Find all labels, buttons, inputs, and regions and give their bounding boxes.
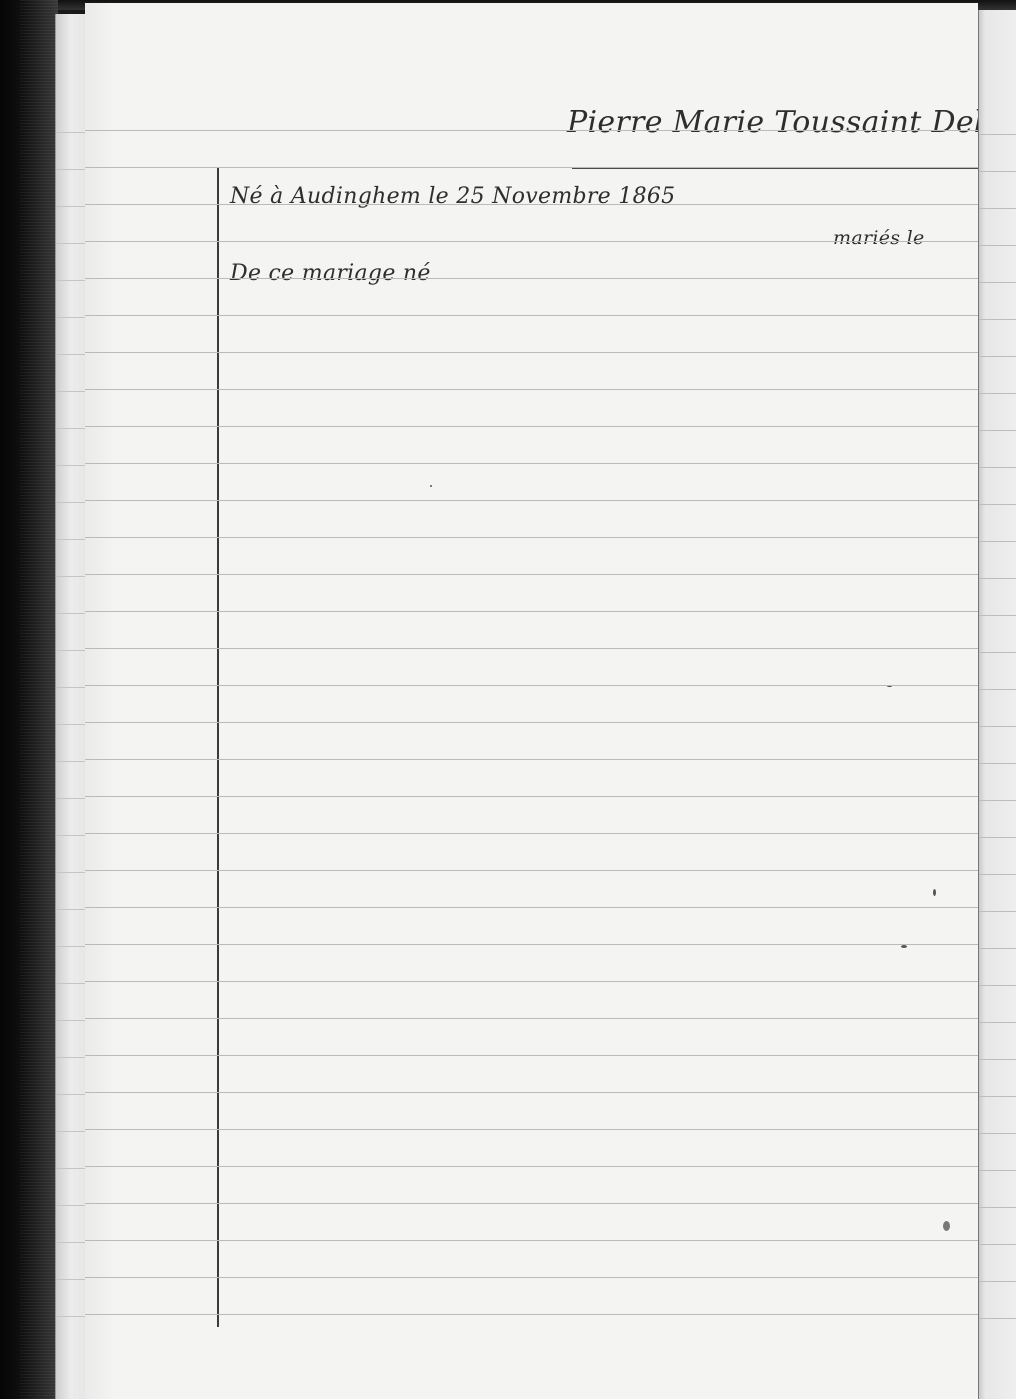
ruled-line — [85, 1277, 978, 1278]
ruled-line — [979, 652, 1016, 653]
ruled-line — [85, 722, 978, 723]
ruled-line — [56, 983, 86, 984]
ruled-line — [85, 167, 978, 168]
paper-speck — [933, 889, 936, 896]
ruled-line — [979, 1096, 1016, 1097]
ruled-line — [979, 1318, 1016, 1319]
ruled-line — [56, 909, 86, 910]
ruled-line — [56, 1168, 86, 1169]
ruled-line — [85, 907, 978, 908]
paper-stain — [943, 1221, 950, 1231]
ruled-line — [56, 428, 86, 429]
ruled-line — [56, 1057, 86, 1058]
ruled-line — [979, 615, 1016, 616]
ruled-line — [85, 130, 978, 131]
ruled-line — [56, 243, 86, 244]
ruled-line — [56, 1020, 86, 1021]
ruled-line — [56, 946, 86, 947]
ruled-line — [979, 504, 1016, 505]
ruled-line — [56, 761, 86, 762]
register-page: Pierre Marie Toussaint Delattre Né à Aud… — [85, 3, 978, 1399]
ruled-line — [85, 1240, 978, 1241]
ruled-line — [979, 319, 1016, 320]
ruled-line — [56, 502, 86, 503]
birth-entry: Né à Audinghem le 25 Novembre 1865 — [230, 184, 675, 209]
ruled-line — [85, 204, 978, 205]
ruled-line — [85, 611, 978, 612]
ruled-line — [56, 169, 86, 170]
ruled-line — [979, 1244, 1016, 1245]
ruled-line — [979, 541, 1016, 542]
ruled-line — [85, 981, 978, 982]
paper-speck — [901, 945, 907, 948]
ruled-line — [56, 539, 86, 540]
ruled-line — [979, 800, 1016, 801]
ruled-line — [56, 872, 86, 873]
ruled-line — [979, 356, 1016, 357]
ruled-line — [85, 1092, 978, 1093]
ruled-line — [979, 245, 1016, 246]
ruled-line — [56, 391, 86, 392]
ruled-line — [56, 613, 86, 614]
ruled-line — [56, 1242, 86, 1243]
ruled-line — [979, 689, 1016, 690]
ruled-line — [85, 500, 978, 501]
ruled-line — [56, 1131, 86, 1132]
ruled-line — [56, 1316, 86, 1317]
ruled-line — [979, 467, 1016, 468]
ruled-line — [85, 463, 978, 464]
ruled-line — [56, 576, 86, 577]
underlying-page-edge — [55, 14, 86, 1399]
ruled-line — [85, 352, 978, 353]
ruled-line — [56, 687, 86, 688]
ruled-line — [85, 537, 978, 538]
ruled-line — [56, 1279, 86, 1280]
ruled-line — [85, 1055, 978, 1056]
ruled-line — [979, 837, 1016, 838]
ruled-line — [979, 1059, 1016, 1060]
left-margin-line — [217, 167, 219, 1327]
ruled-line — [85, 426, 978, 427]
ruled-line — [979, 282, 1016, 283]
ruled-line — [85, 870, 978, 871]
ruled-line — [85, 1018, 978, 1019]
ruled-line — [979, 578, 1016, 579]
ruled-line — [979, 948, 1016, 949]
ruled-line — [979, 726, 1016, 727]
ruled-line — [85, 241, 978, 242]
ruled-line — [85, 944, 978, 945]
ruled-line — [979, 911, 1016, 912]
ruled-line — [56, 724, 86, 725]
ruled-line — [56, 1094, 86, 1095]
ruled-line — [979, 430, 1016, 431]
issue-entry: De ce mariage né — [230, 261, 431, 286]
ruled-line — [56, 132, 86, 133]
ruled-line — [85, 1166, 978, 1167]
ruled-line — [56, 465, 86, 466]
ruled-line — [85, 389, 978, 390]
facing-page-edge — [978, 10, 1016, 1399]
ruled-line — [85, 574, 978, 575]
ruled-line — [979, 763, 1016, 764]
ruled-line — [85, 685, 978, 686]
ruled-line — [85, 278, 978, 279]
ruled-line — [85, 796, 978, 797]
ruled-line — [85, 1203, 978, 1204]
ruled-line — [979, 208, 1016, 209]
ruled-line — [979, 985, 1016, 986]
person-name-heading: Pierre Marie Toussaint Delattre — [567, 105, 1016, 140]
ruled-line — [56, 835, 86, 836]
ruled-line — [85, 833, 978, 834]
ruled-line — [56, 354, 86, 355]
ruled-line — [979, 1133, 1016, 1134]
ruled-line — [979, 171, 1016, 172]
paper-speck — [430, 485, 432, 487]
ruled-line — [56, 650, 86, 651]
marriage-entry: mariés le — [833, 227, 925, 249]
ruled-line — [85, 1314, 978, 1315]
ruled-line — [979, 1281, 1016, 1282]
ruled-line — [85, 315, 978, 316]
ruled-line — [85, 1129, 978, 1130]
ruled-line — [85, 648, 978, 649]
ruled-line — [85, 759, 978, 760]
ruled-line — [979, 1207, 1016, 1208]
ruled-line — [979, 134, 1016, 135]
ruled-line — [56, 206, 86, 207]
ruled-line — [56, 798, 86, 799]
spine-cloth-texture — [20, 0, 58, 1399]
ruled-line — [979, 393, 1016, 394]
ruled-line — [979, 874, 1016, 875]
ruled-line — [56, 280, 86, 281]
ruled-line — [979, 1022, 1016, 1023]
ruled-line — [56, 1205, 86, 1206]
ruled-line — [979, 1170, 1016, 1171]
book-spine — [0, 0, 58, 1399]
ruled-line — [56, 317, 86, 318]
